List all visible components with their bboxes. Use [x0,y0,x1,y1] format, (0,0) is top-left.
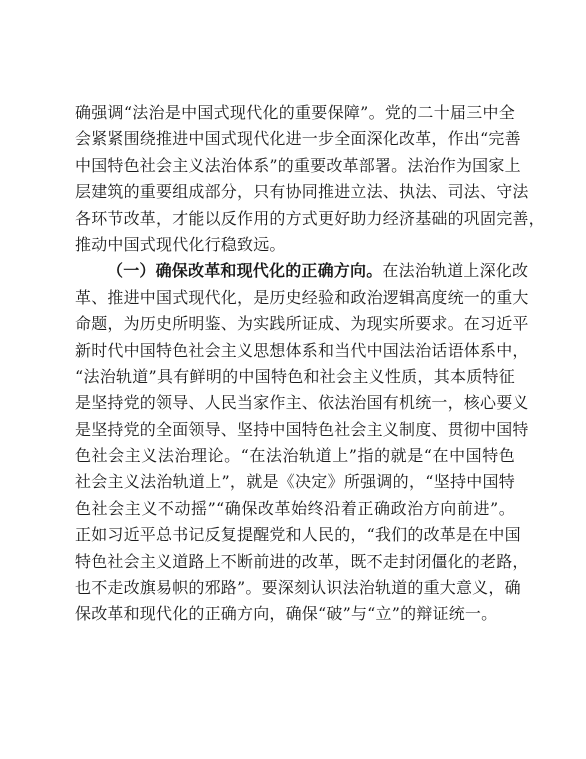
text-line-with-heading: （一）确保改革和现代化的正确方向。在法治轨道上深化改 [75,258,515,284]
text-line: 确强调“法治是中国式现代化的重要保障”。党的二十届三中全 [75,100,515,126]
paragraph-2: （一）确保改革和现代化的正确方向。在法治轨道上深化改 革、推进中国式现代化，是历… [75,258,515,627]
text-line: 保改革和现代化的正确方向，确保“破”与“立”的辩证统一。 [75,601,515,627]
text-line: 色社会主义不动摇”“确保改革始终沿着正确政治方向前进”。 [75,496,515,522]
text-line: 推动中国式现代化行稳致远。 [75,232,515,258]
text-line: 特色社会主义道路上不断前进的改革，既不走封闭僵化的老路， [75,549,515,575]
text-line: 革、推进中国式现代化，是历史经验和政治逻辑高度统一的重大 [75,285,515,311]
text-line: 命题，为历史所明鉴、为实践所证成、为现实所要求。在习近平 [75,311,515,337]
text-line: 是坚持党的全面领导、坚持中国特色社会主义制度、贯彻中国特 [75,417,515,443]
section-heading: （一）确保改革和现代化的正确方向。 [107,261,382,280]
text-line: 新时代中国特色社会主义思想体系和当代中国法治话语体系中， [75,338,515,364]
text-line: 正如习近平总书记反复提醒党和人民的，“我们的改革是在中国 [75,522,515,548]
document-page: 确强调“法治是中国式现代化的重要保障”。党的二十届三中全 会紧紧围绕推进中国式现… [0,0,586,759]
text-line: 中国特色社会主义法治体系”的重要改革部署。法治作为国家上 [75,153,515,179]
paragraph-1: 确强调“法治是中国式现代化的重要保障”。党的二十届三中全 会紧紧围绕推进中国式现… [75,100,515,258]
text-run: 在法治轨道上深化改 [382,261,528,280]
text-line: 社会主义法治轨道上”，就是《决定》所强调的，“坚持中国特 [75,469,515,495]
text-line: 各环节改革，才能以反作用的方式更好助力经济基础的巩固完善， [75,206,515,232]
text-line: 也不走改旗易帜的邪路”。要深刻认识法治轨道的重大意义，确 [75,575,515,601]
text-line: 层建筑的重要组成部分，只有协同推进立法、执法、司法、守法 [75,179,515,205]
text-line: 是坚持党的领导、人民当家作主、依法治国有机统一，核心要义 [75,390,515,416]
text-line: “法治轨道”具有鲜明的中国特色和社会主义性质，其本质特征 [75,364,515,390]
text-line: 会紧紧围绕推进中国式现代化进一步全面深化改革，作出“完善 [75,126,515,152]
document-body: 确强调“法治是中国式现代化的重要保障”。党的二十届三中全 会紧紧围绕推进中国式现… [75,100,515,628]
text-line: 色社会主义法治理论。“在法治轨道上”指的就是“在中国特色 [75,443,515,469]
